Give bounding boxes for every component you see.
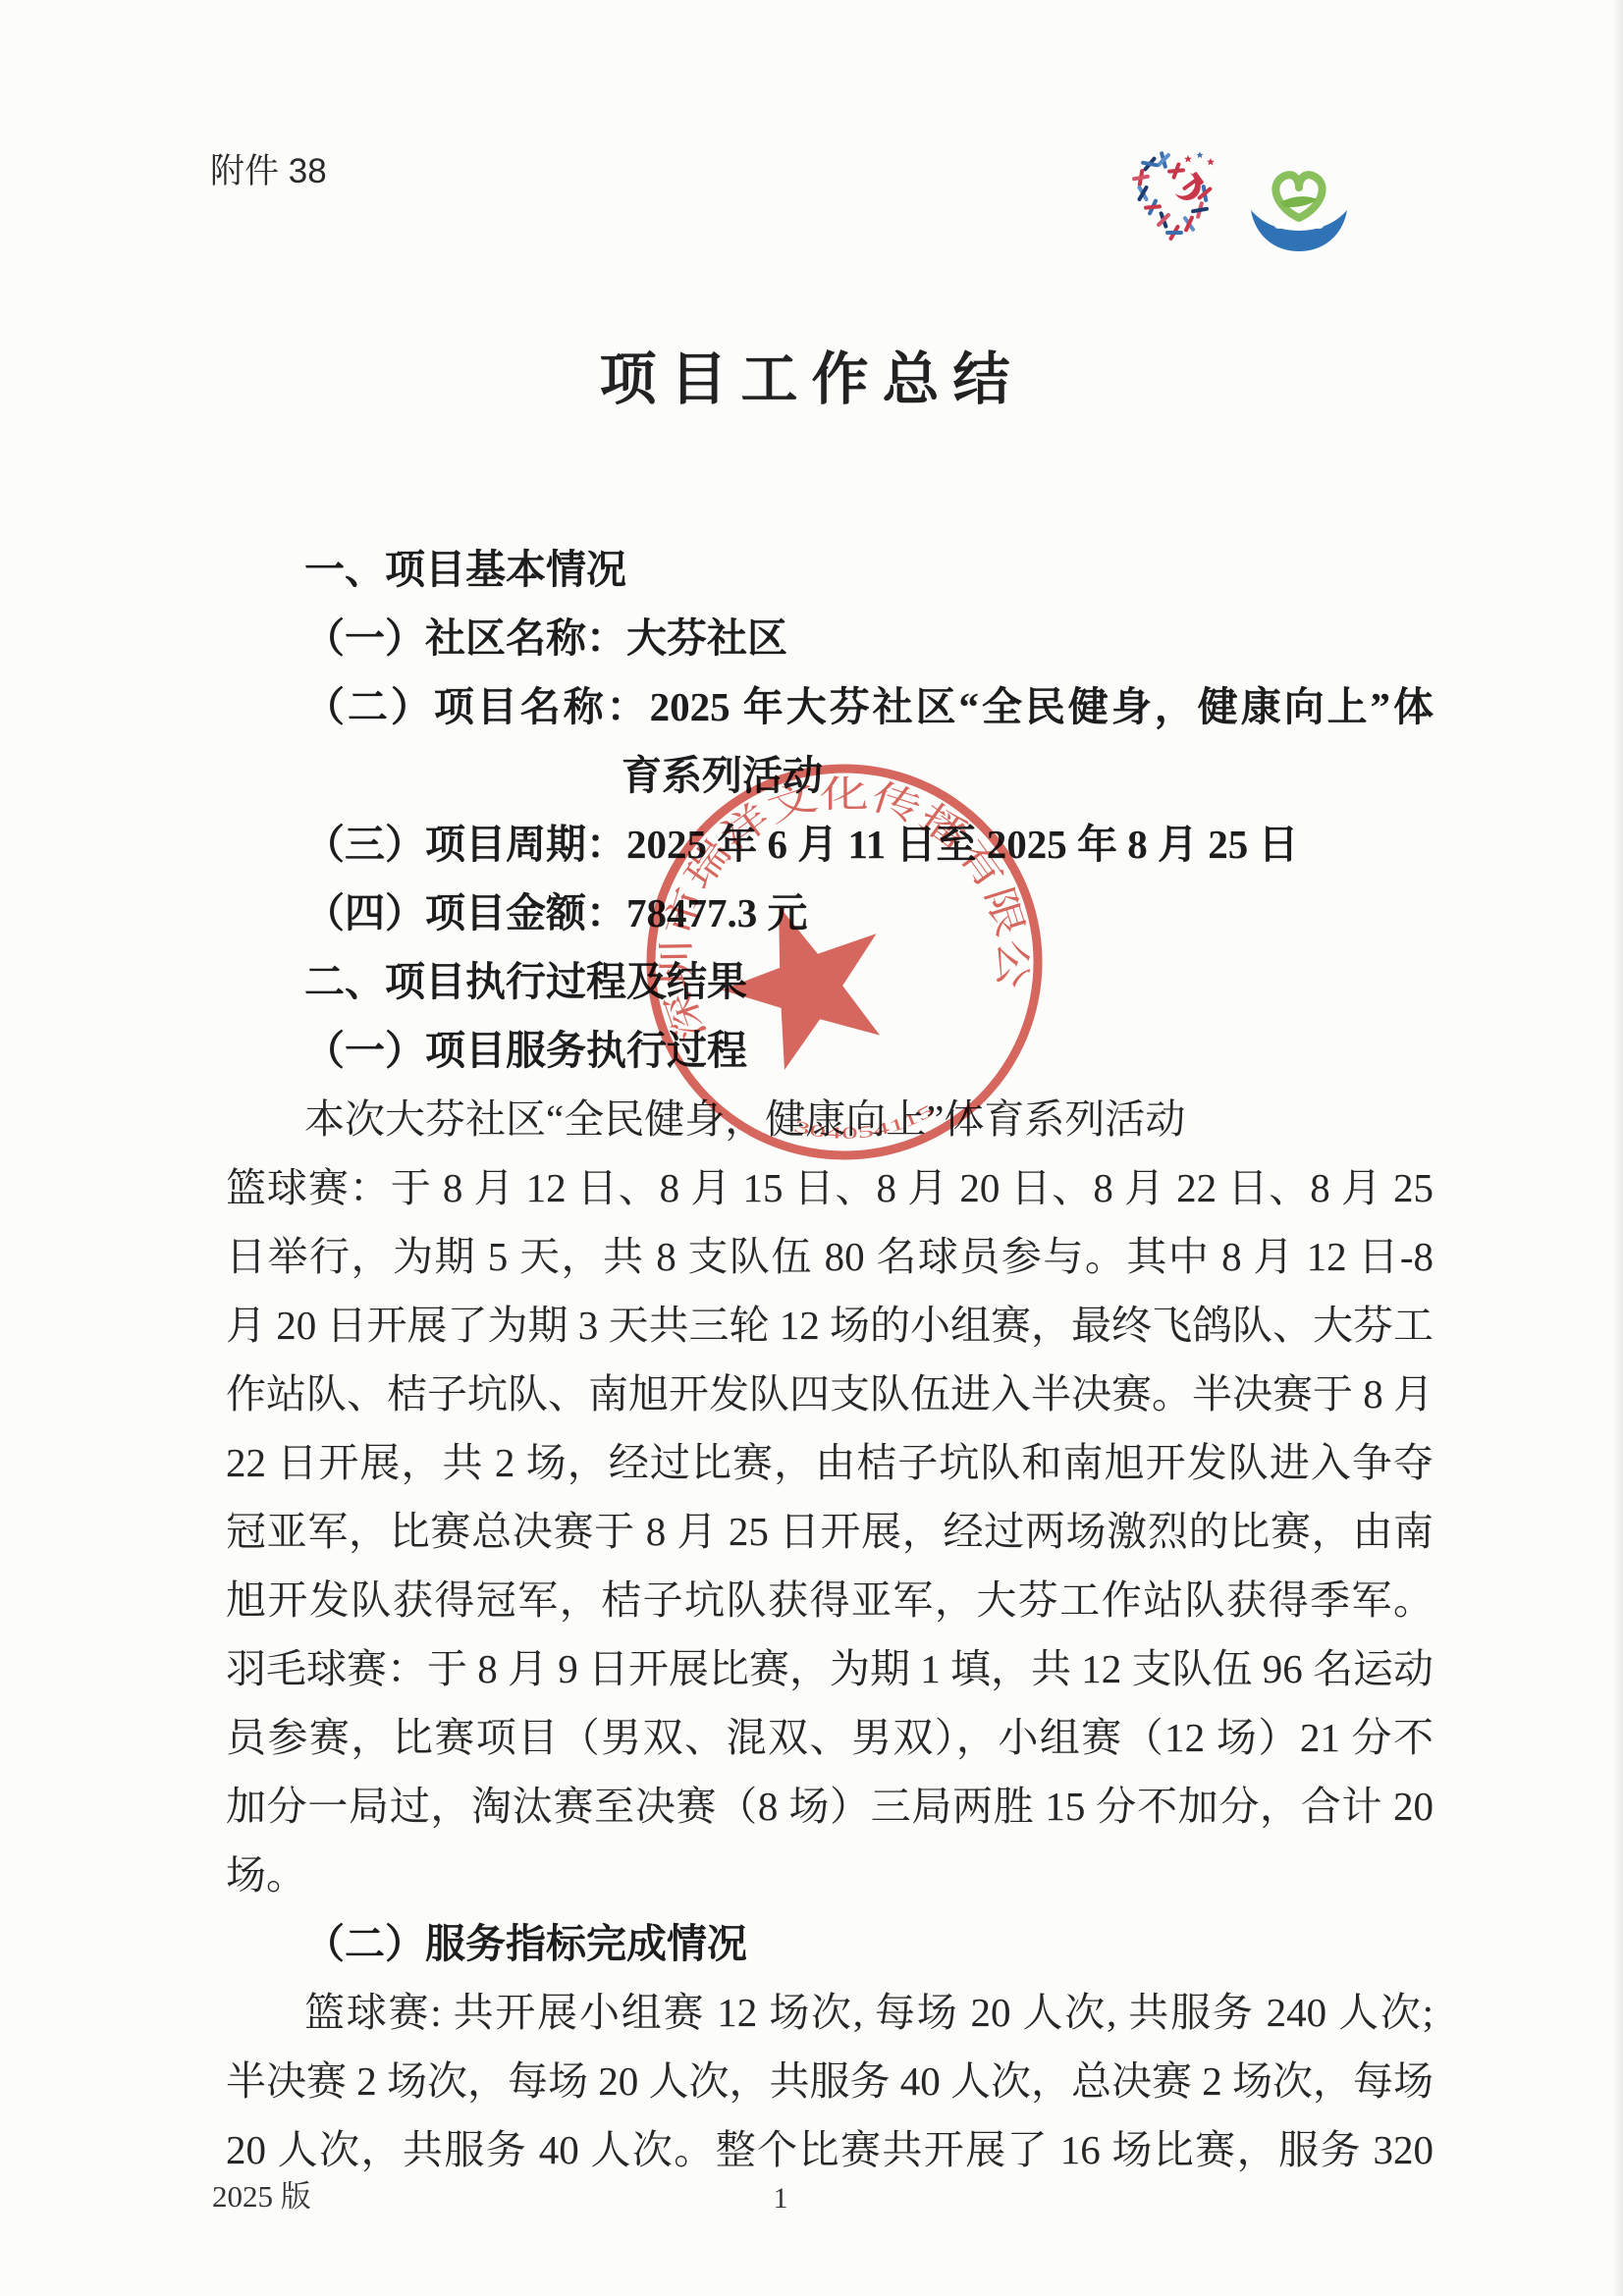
document-body: 一、项目基本情况 （一）社区名称：大芬社区 （二）项目名称：2025 年大芬社区… (226, 535, 1434, 2184)
attachment-label: 附件 38 (210, 147, 327, 196)
footer-page-number: 1 (751, 2179, 810, 2218)
text-line: 员参赛，比赛项目（男双、混双、男双），小组赛（12 场）21 分不 (226, 1703, 1434, 1772)
text-line: 22 日开展，共 2 场，经过比赛，由桔子坑队和南旭开发队进入争夺 (226, 1428, 1434, 1497)
text-line: 篮球赛: 共开展小组赛 12 场次, 每场 20 人次, 共服务 240 人次; (226, 1978, 1434, 2047)
text-line: 冠亚军，比赛总决赛于 8 月 25 日开展，经过两场激烈的比赛，由南 (226, 1497, 1434, 1566)
text-line: （一）社区名称：大芬社区 (226, 604, 1434, 672)
bowl-text-band (1274, 222, 1324, 229)
text-line: （三）项目周期：2025 年 6 月 11 日至 2025 年 8 月 25 日 (226, 810, 1434, 879)
text-line: 作站队、桔子坑队、南旭开发队四支队伍进入半决赛。半决赛于 8 月 (226, 1360, 1434, 1428)
green-heart-shape (1275, 175, 1322, 218)
text-line: 一、项目基本情况 (226, 535, 1434, 604)
pinwheel-figures (1130, 149, 1215, 244)
text-line: 篮球赛：于 8 月 12 日、8 月 15 日、8 月 20 日、8 月 22 … (226, 1153, 1434, 1222)
document-page: 附件 38 (0, 0, 1623, 2296)
text-line: （一）项目服务执行过程 (226, 1016, 1434, 1085)
text-line: 羽毛球赛：于 8 月 9 日开展比赛，为期 1 填，共 12 支队伍 96 名运… (226, 1634, 1434, 1703)
text-line: 旭开发队获得冠军，桔子坑队获得亚军，大芬工作站队获得季军。 (226, 1566, 1434, 1634)
text-line: 加分一局过，淘汰赛至决赛（8 场）三局两胜 15 分不加分，合计 20 (226, 1772, 1434, 1841)
text-line: （二）项目名称：2025 年大芬社区“全民健身，健康向上”体 (226, 672, 1434, 741)
text-line: （二）服务指标完成情况 (226, 1909, 1434, 1978)
text-line: 20 人次，共服务 40 人次。整个比赛共开展了 16 场比赛，服务 320 (226, 2115, 1434, 2184)
footer-edition-label: 2025 版 (212, 2177, 311, 2216)
party-heart-logo-icon (1127, 147, 1225, 265)
header-logos (1127, 147, 1353, 265)
text-line: （四）项目金额：78477.3 元 (226, 879, 1434, 947)
text-line: 半决赛 2 场次，每场 20 人次，共服务 40 人次，总决赛 2 场次，每场 (226, 2047, 1434, 2115)
page-title: 项目工作总结 (0, 346, 1623, 414)
text-line: 日举行，为期 5 天，共 8 支队伍 80 名球员参与。其中 8 月 12 日-… (226, 1222, 1434, 1291)
health-heart-bowl-logo-icon (1245, 163, 1353, 261)
text-line: 月 20 日开展了为期 3 天共三轮 12 场的小组赛，最终飞鸽队、大芬工 (226, 1291, 1434, 1360)
text-line: 本次大芬社区“全民健身，健康向上”体育系列活动 (226, 1085, 1434, 1153)
small-stars (1184, 151, 1215, 165)
text-line: 场。 (226, 1841, 1434, 1909)
text-line: 二、项目执行过程及结果 (226, 947, 1434, 1016)
text-line: 育系列活动 (622, 741, 1434, 810)
